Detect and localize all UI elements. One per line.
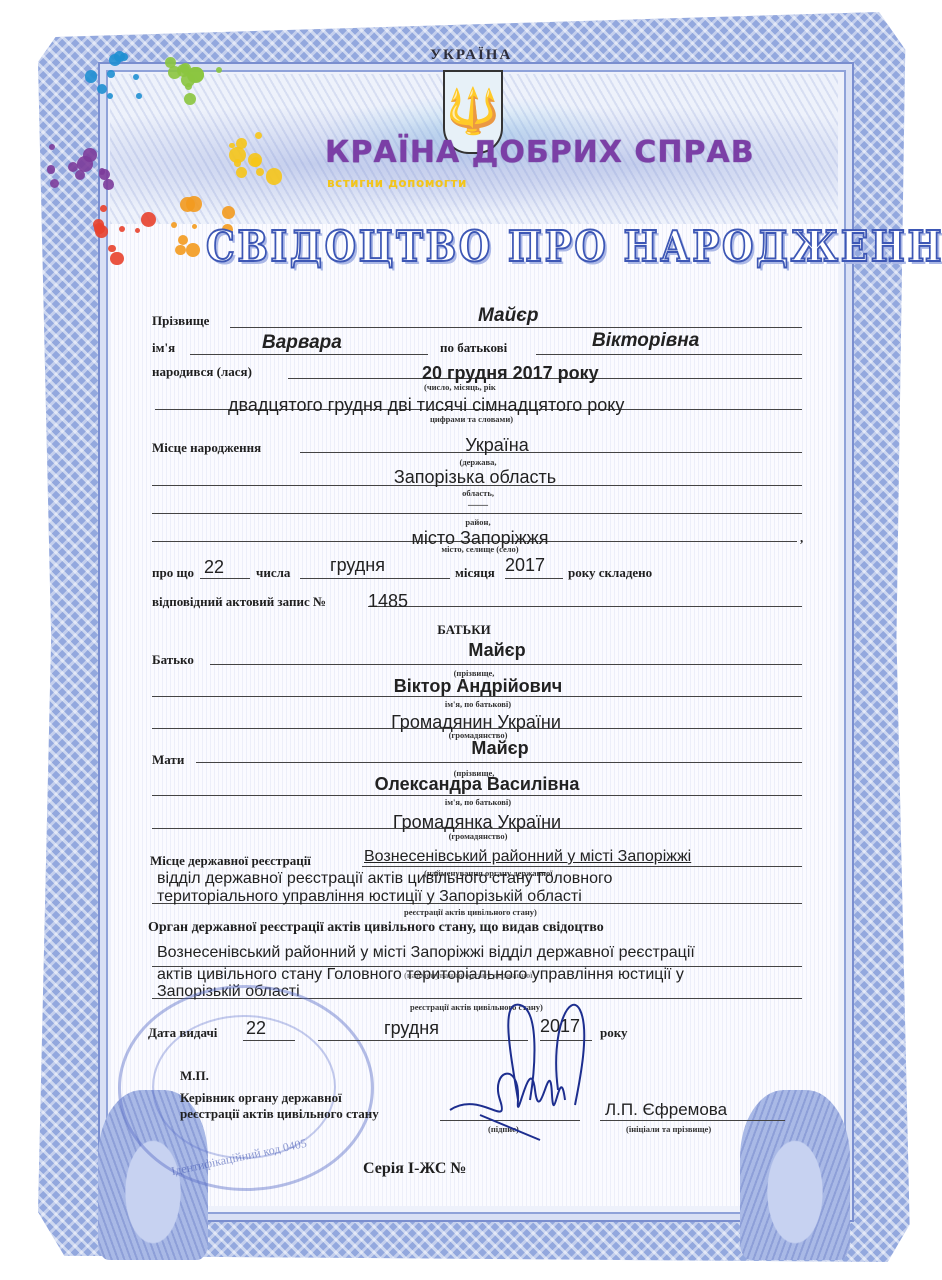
birthplace-country-line	[300, 452, 802, 453]
record-prefix: про що	[152, 565, 194, 581]
registration-place-line1	[362, 866, 802, 867]
brand-dot-icon	[165, 57, 175, 67]
patronymic-label: по батькові	[440, 340, 507, 356]
record-number: 1485	[368, 591, 408, 612]
brand-dot-icon	[95, 225, 107, 237]
record-day-line	[200, 578, 250, 579]
brand-dot-icon	[256, 168, 264, 176]
birth-date-words: двадцятого грудня дві тисячі сімнадцятог…	[228, 395, 624, 416]
head-label-line1: Керівник органу державної	[180, 1090, 342, 1106]
document-title: СВІДОЦТВО ПРО НАРОДЖЕННЯ	[206, 222, 688, 271]
birthplace-region: Запорізька область	[394, 467, 556, 488]
head-label-line2: реєстрації актів цивільного стану	[180, 1106, 379, 1122]
brand-dot-icon	[109, 54, 121, 66]
birth-certificate: УКРАЇНА 🔱 КРАЇНА ДОБРИХ СПРАВ встигни до…	[0, 0, 942, 1280]
signature-icon	[440, 990, 600, 1150]
brand-dot-icon	[171, 222, 177, 228]
swan-ornament-right-icon	[740, 1090, 850, 1260]
brand-dot-icon	[188, 67, 204, 83]
mother-surname: Майєр	[471, 738, 528, 759]
father-surname: Майєр	[468, 640, 525, 661]
surname-line	[230, 327, 802, 328]
brand-dot-icon	[236, 138, 246, 148]
brand-dot-icon	[141, 212, 156, 227]
brand-dot-icon	[180, 197, 195, 212]
brand-dot-icon	[110, 252, 124, 266]
brand-dot-icon	[107, 93, 113, 99]
birthplace-district-line	[152, 513, 802, 514]
birth-date-words-hint: цифрами та словами)	[430, 414, 513, 424]
parents-heading: БАТЬКИ	[437, 622, 490, 638]
official-name-line	[600, 1120, 785, 1121]
birthplace-country: Україна	[465, 435, 528, 456]
registration-place-line2: відділ державної реєстрації актів цивіль…	[157, 870, 612, 888]
child-surname: Майєр	[478, 305, 539, 327]
brand-dot-icon	[85, 70, 98, 83]
brand-watermark-title: КРАЇНА ДОБРИХ СПРАВ	[325, 135, 755, 170]
brand-dot-icon	[75, 170, 85, 180]
brand-dot-icon	[135, 228, 140, 233]
brand-dot-icon	[266, 168, 283, 185]
birthplace-district: ——	[468, 500, 488, 511]
issue-year-suffix: року	[600, 1025, 628, 1041]
brand-dot-icon	[192, 224, 197, 229]
child-patronymic: Вікторівна	[592, 330, 699, 352]
brand-dot-icon	[216, 67, 222, 73]
brand-dot-icon	[168, 66, 181, 79]
ukraine-trident-icon: 🔱	[446, 90, 501, 134]
brand-dot-icon	[108, 245, 116, 253]
brand-dot-icon	[248, 153, 262, 167]
brand-dot-icon	[120, 53, 128, 61]
issue-day-line	[243, 1040, 295, 1041]
birthplace-district-hint: район,	[465, 517, 490, 527]
born-label: народився (лася)	[152, 364, 252, 380]
issuer-hint1: (найменування органу державної	[404, 970, 533, 980]
record-month: грудня	[330, 555, 385, 576]
brand-dot-icon	[229, 143, 234, 148]
brand-dot-icon	[50, 179, 59, 188]
official-name-hint: (ініціали та прізвище)	[626, 1124, 711, 1134]
issuer-line1: Вознесенівський районний у місті Запоріж…	[157, 944, 695, 962]
record-year-line	[505, 578, 563, 579]
birthplace-country-hint: (держава,	[459, 457, 496, 467]
record-number-label: відповідний актовий запис №	[152, 594, 326, 610]
brand-dot-icon	[97, 84, 107, 94]
father-name-hint: ім'я, по батькові)	[445, 699, 511, 709]
birth-date-digits-hint: (число, місяць, рік	[424, 382, 496, 392]
brand-dot-icon	[222, 206, 235, 219]
surname-label: Прізвище	[152, 313, 209, 329]
birthplace-label: Місце народження	[152, 440, 261, 456]
birthplace-region-hint: область,	[462, 488, 494, 498]
official-name: Л.П. Єфремова	[605, 1100, 727, 1120]
record-number-line	[368, 606, 802, 607]
country-heading: УКРАЇНА	[430, 47, 512, 64]
brand-dot-icon	[133, 74, 139, 80]
father-surname-line	[210, 664, 802, 665]
name-label: ім'я	[152, 340, 175, 356]
brand-dot-icon	[175, 245, 185, 255]
mother-name: Олександра Василівна	[375, 774, 580, 795]
father-name: Віктор Андрійович	[394, 676, 563, 697]
comma: ,	[800, 530, 803, 546]
issue-month: грудня	[384, 1018, 439, 1039]
seal-place-label: М.П.	[180, 1068, 209, 1084]
brand-dot-icon	[107, 70, 115, 78]
mother-citizenship-hint: (громадянство)	[449, 831, 508, 841]
mother-name-hint: ім'я, по батькові)	[445, 797, 511, 807]
issue-date-label: Дата видачі	[148, 1025, 217, 1041]
brand-dot-icon	[255, 132, 263, 140]
birthplace-city-hint: місто, селище (село)	[441, 544, 518, 554]
record-year-label: року складено	[568, 565, 652, 581]
father-label: Батько	[152, 652, 194, 668]
brand-dot-icon	[178, 235, 189, 246]
brand-dot-icon	[186, 243, 200, 257]
record-month-label: місяця	[455, 565, 495, 581]
brand-dot-icon	[234, 159, 242, 167]
brand-watermark-subtitle: встигни допомогти	[327, 176, 467, 190]
brand-dot-icon	[103, 179, 114, 190]
registration-place-line3: територіального управління юстиції у Зап…	[157, 888, 582, 906]
brand-dot-icon	[119, 226, 125, 232]
mother-surname-line	[196, 762, 802, 763]
brand-dot-icon	[184, 93, 196, 105]
registration-place-hint2: реєстрації актів цивільного стану)	[404, 907, 537, 917]
registration-place-line1-text: Вознесенівський районний у місті Запоріж…	[364, 848, 691, 866]
brand-dot-icon	[99, 169, 110, 180]
issuer-label: Орган державної реєстрації актів цивільн…	[148, 920, 604, 936]
child-name: Варвара	[262, 332, 342, 354]
record-day: 22	[204, 557, 224, 578]
mother-name-line	[152, 795, 802, 796]
mother-citizenship: Громадянка України	[393, 812, 561, 833]
registration-place-label: Місце державної реєстрації	[150, 853, 311, 869]
brand-dot-icon	[100, 205, 107, 212]
brand-dot-icon	[136, 93, 142, 99]
series-label: Серія І-ЖС №	[363, 1160, 466, 1178]
name-line	[190, 354, 428, 355]
brand-dot-icon	[49, 144, 55, 150]
patronymic-line	[536, 354, 802, 355]
issue-day: 22	[246, 1018, 266, 1039]
birth-date-digits: 20 грудня 2017 року	[422, 363, 599, 384]
brand-dot-icon	[236, 167, 247, 178]
record-year: 2017	[505, 555, 545, 576]
record-day-label: числа	[256, 565, 290, 581]
record-month-line	[300, 578, 450, 579]
brand-dot-icon	[47, 165, 56, 174]
mother-label: Мати	[152, 752, 184, 768]
